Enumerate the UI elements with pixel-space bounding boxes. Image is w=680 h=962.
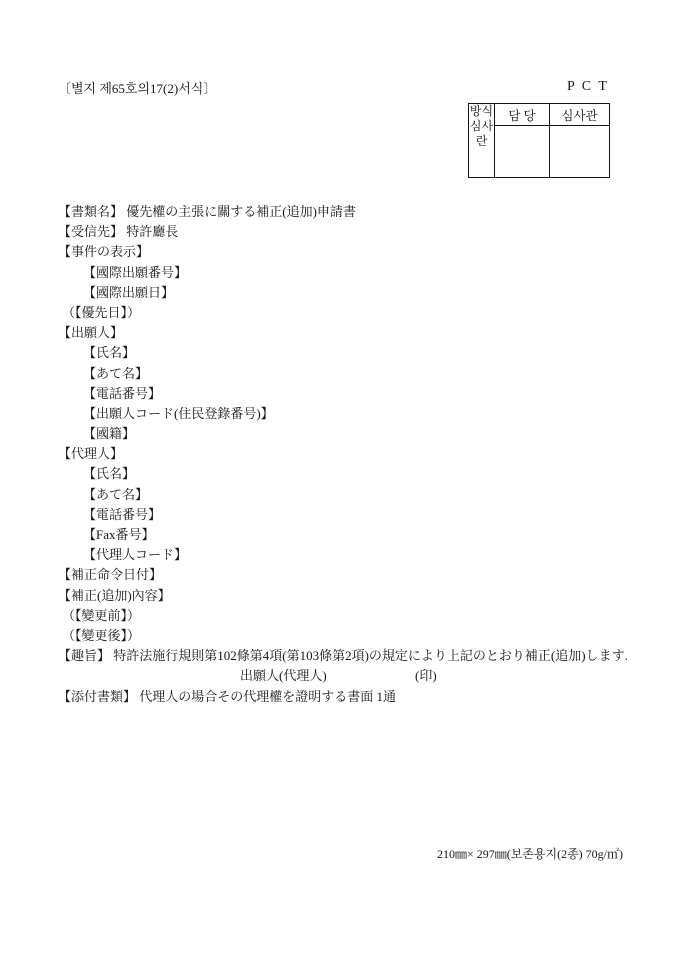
formality-review-body-row (495, 126, 609, 177)
line-after-change: （【變更後】） (58, 626, 650, 646)
line-amendment-content: 【補正(追加)內容】 (58, 586, 650, 606)
formality-review-main: 담 당 심사관 (495, 104, 609, 177)
line-applicant-phone: 【電話番号】 (58, 384, 650, 404)
line-document-name: 【書類名】 優先權の主張に關する補正(追加)申請書 (58, 202, 650, 222)
line-purpose: 【趣旨】 特許法施行規則第102條第4項(第103條第2項)の規定により上記のと… (58, 646, 650, 666)
formality-review-side-label: 방식심사란 (469, 104, 495, 177)
line-agent-address: 【あて名】 (58, 485, 650, 505)
line-applicant-code: 【出願人コード(住民登錄番号)】 (58, 404, 650, 424)
line-applicant-name: 【氏名】 (58, 343, 650, 363)
form-body: 【書類名】 優先權の主張に關する補正(追加)申請書 【受信先】 特許廳長 【事件… (58, 202, 650, 707)
line-agent: 【代理人】 (58, 444, 650, 464)
paper-spec-label: 210㎜× 297㎜(보존용지(2종) 70g/㎡) (437, 845, 623, 862)
signature-line: 出願人(代理人) (印) (58, 666, 650, 686)
formality-review-header-row: 담 당 심사관 (495, 104, 609, 126)
line-case-indication: 【事件の表示】 (58, 242, 650, 262)
signature-seal-label: (印) (415, 666, 437, 686)
pct-label: P C T (567, 79, 609, 95)
line-agent-phone: 【電話番号】 (58, 505, 650, 525)
signature-applicant-agent-label: 出願人(代理人) (240, 666, 327, 686)
line-intl-app-number: 【國際出願番号】 (58, 263, 650, 283)
line-nationality: 【國籍】 (58, 424, 650, 444)
charge-cell (495, 126, 550, 177)
line-attached-documents: 【添付書類】 代理人の場合その代理權を證明する書面 1通 (58, 687, 650, 707)
line-before-change: （【變更前】） (58, 606, 650, 626)
line-intl-app-date: 【國際出願日】 (58, 283, 650, 303)
scanned-form-page: 〔별지 제65호의17(2)서식〕 P C T 방식심사란 담 당 심사관 【書… (0, 0, 680, 962)
line-amendment-order-date: 【補正命令日付】 (58, 565, 650, 585)
line-agent-fax: 【Fax番号】 (58, 525, 650, 545)
line-applicant-address: 【あて名】 (58, 364, 650, 384)
formality-review-table: 방식심사란 담 당 심사관 (468, 103, 610, 178)
line-priority-date: （【優先日】） (58, 303, 650, 323)
line-addressee: 【受信先】 特許廳長 (58, 222, 650, 242)
charge-column-header: 담 당 (495, 104, 550, 125)
line-agent-name: 【氏名】 (58, 464, 650, 484)
line-agent-code: 【代理人コード】 (58, 545, 650, 565)
examiner-column-header: 심사관 (550, 104, 609, 125)
examiner-cell (550, 126, 609, 177)
form-number-label: 〔별지 제65호의17(2)서식〕 (58, 78, 216, 97)
line-applicant: 【出願人】 (58, 323, 650, 343)
